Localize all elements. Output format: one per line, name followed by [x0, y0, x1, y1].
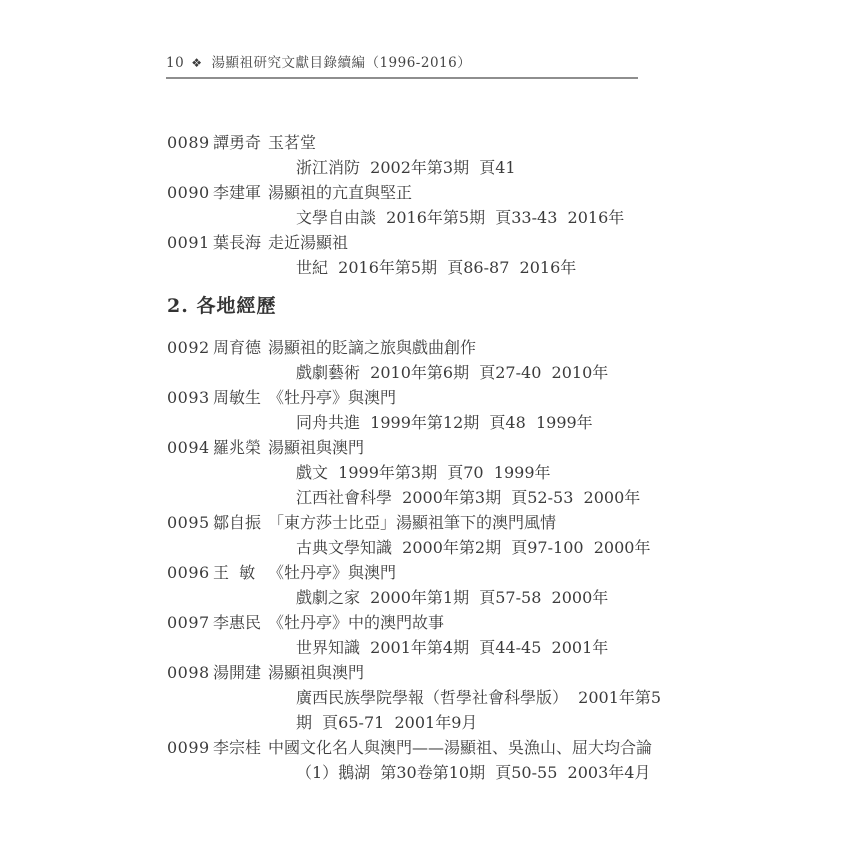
entry-title: 《牡丹亭》中的澳門故事	[268, 613, 444, 632]
entry-reference: 浙江消防 2002年第3期 頁41	[296, 155, 727, 180]
entry-title: 湯顯祖與澳門	[268, 663, 364, 682]
entry-heading-line: 0092周育德湯顯祖的貶謫之旅與戲曲創作	[167, 335, 727, 360]
entry-title: 「東方莎士比亞」湯顯祖筆下的澳門風情	[268, 513, 556, 532]
bibliography-entry: 0091葉長海走近湯顯祖 世紀 2016年第5期 頁86-87 2016年	[167, 230, 727, 280]
bibliography-entry: 0089譚勇奇玉茗堂 浙江消防 2002年第3期 頁41	[167, 130, 727, 180]
entry-title: 《牡丹亭》與澳門	[268, 563, 396, 582]
entry-number: 0089	[167, 130, 213, 155]
entry-author: 葉長海	[213, 230, 268, 255]
page-number: 10	[166, 55, 184, 71]
entry-heading-line: 0093周敏生《牡丹亭》與澳門	[167, 385, 727, 410]
entry-heading-line: 0098湯開建湯顯祖與澳門	[167, 660, 727, 685]
entry-reference: 同舟共進 1999年第12期 頁48 1999年	[296, 410, 727, 435]
entry-heading-line: 0094羅兆榮湯顯祖與澳門	[167, 435, 727, 460]
entry-author: 周敏生	[213, 385, 268, 410]
entry-title: 湯顯祖的亢直與堅正	[268, 183, 412, 202]
entry-reference: （1）鵝湖 第30卷第10期 頁50-55 2003年4月	[296, 760, 727, 785]
entry-heading-line: 0091葉長海走近湯顯祖	[167, 230, 727, 255]
entry-number: 0092	[167, 335, 213, 360]
entry-author: 譚勇奇	[213, 130, 268, 155]
entry-title: 走近湯顯祖	[268, 233, 348, 252]
entry-title: 湯顯祖與澳門	[268, 438, 364, 457]
book-title: 湯顯祖研究文獻目錄續編（1996-2016）	[211, 55, 471, 71]
entry-reference: 世界知識 2001年第4期 頁44-45 2001年	[296, 635, 727, 660]
bibliography-entry: 0098湯開建湯顯祖與澳門 廣西民族學院學報（哲學社會科學版） 2001年第5 …	[167, 660, 727, 735]
bibliography-entry: 0093周敏生《牡丹亭》與澳門 同舟共進 1999年第12期 頁48 1999年	[167, 385, 727, 435]
running-header: 10❖湯顯祖研究文獻目錄續編（1996-2016）	[166, 54, 638, 79]
bibliography-entry: 0095鄒自振「東方莎士比亞」湯顯祖筆下的澳門風情 古典文學知識 2000年第2…	[167, 510, 727, 560]
entry-title: 玉茗堂	[268, 133, 316, 152]
entry-reference: 廣西民族學院學報（哲學社會科學版） 2001年第5	[296, 685, 727, 710]
entry-reference: 戲劇之家 2000年第1期 頁57-58 2000年	[296, 585, 727, 610]
bibliography-content: 0089譚勇奇玉茗堂 浙江消防 2002年第3期 頁41 0090李建軍湯顯祖的…	[167, 130, 727, 785]
entry-number: 0093	[167, 385, 213, 410]
entry-author: 李建軍	[213, 180, 268, 205]
entry-number: 0097	[167, 610, 213, 635]
bibliography-entry: 0097李惠民《牡丹亭》中的澳門故事 世界知識 2001年第4期 頁44-45 …	[167, 610, 727, 660]
entry-title: 《牡丹亭》與澳門	[268, 388, 396, 407]
entry-number: 0096	[167, 560, 213, 585]
entry-reference: 期 頁65-71 2001年9月	[296, 710, 727, 735]
entry-number: 0098	[167, 660, 213, 685]
entry-reference: 文學自由談 2016年第5期 頁33-43 2016年	[296, 205, 727, 230]
entry-reference: 古典文學知識 2000年第2期 頁97-100 2000年	[296, 535, 727, 560]
entry-number: 0090	[167, 180, 213, 205]
entry-reference: 戲劇藝術 2010年第6期 頁27-40 2010年	[296, 360, 727, 385]
entry-author: 羅兆榮	[213, 435, 268, 460]
entry-heading-line: 0096王 敏《牡丹亭》與澳門	[167, 560, 727, 585]
entry-heading-line: 0099李宗桂中國文化名人與澳門——湯顯祖、吳漁山、屈大均合論	[167, 735, 727, 760]
bibliography-entry: 0092周育德湯顯祖的貶謫之旅與戲曲創作 戲劇藝術 2010年第6期 頁27-4…	[167, 335, 727, 385]
entry-author: 鄒自振	[213, 510, 268, 535]
entry-heading-line: 0095鄒自振「東方莎士比亞」湯顯祖筆下的澳門風情	[167, 510, 727, 535]
section-heading: 2. 各地經歷	[167, 294, 727, 319]
entry-number: 0095	[167, 510, 213, 535]
entry-number: 0091	[167, 230, 213, 255]
entry-reference: 世紀 2016年第5期 頁86-87 2016年	[296, 255, 727, 280]
entry-author: 湯開建	[213, 660, 268, 685]
entry-author: 王 敏	[213, 560, 268, 585]
entry-heading-line: 0097李惠民《牡丹亭》中的澳門故事	[167, 610, 727, 635]
diamond-ornament-icon: ❖	[191, 56, 202, 70]
entry-title: 湯顯祖的貶謫之旅與戲曲創作	[268, 338, 476, 357]
bibliography-entry: 0090李建軍湯顯祖的亢直與堅正 文學自由談 2016年第5期 頁33-43 2…	[167, 180, 727, 230]
entry-author: 李惠民	[213, 610, 268, 635]
entry-author: 周育德	[213, 335, 268, 360]
entry-heading-line: 0089譚勇奇玉茗堂	[167, 130, 727, 155]
book-page: 10❖湯顯祖研究文獻目錄續編（1996-2016） 0089譚勇奇玉茗堂 浙江消…	[0, 0, 850, 850]
bibliography-entry: 0099李宗桂中國文化名人與澳門——湯顯祖、吳漁山、屈大均合論 （1）鵝湖 第3…	[167, 735, 727, 785]
entry-reference: 江西社會科學 2000年第3期 頁52-53 2000年	[296, 485, 727, 510]
entry-number: 0099	[167, 735, 213, 760]
entry-author: 李宗桂	[213, 735, 268, 760]
bibliography-entry: 0094羅兆榮湯顯祖與澳門 戲文 1999年第3期 頁70 1999年 江西社會…	[167, 435, 727, 510]
entry-title: 中國文化名人與澳門——湯顯祖、吳漁山、屈大均合論	[268, 738, 652, 757]
bibliography-entry: 0096王 敏《牡丹亭》與澳門 戲劇之家 2000年第1期 頁57-58 200…	[167, 560, 727, 610]
entry-number: 0094	[167, 435, 213, 460]
entry-heading-line: 0090李建軍湯顯祖的亢直與堅正	[167, 180, 727, 205]
entry-reference: 戲文 1999年第3期 頁70 1999年	[296, 460, 727, 485]
